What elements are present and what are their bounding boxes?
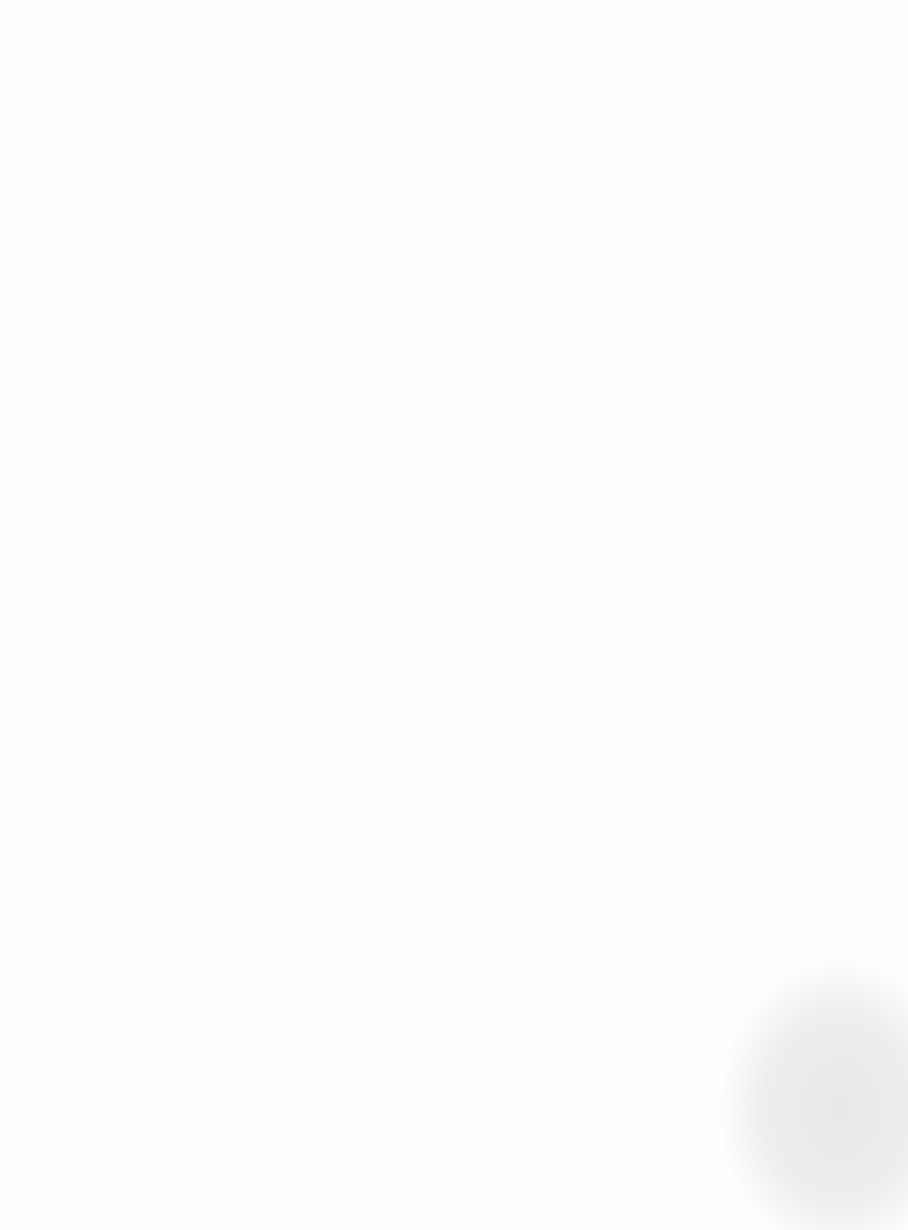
watermark (720, 960, 908, 1230)
document-page (0, 0, 908, 1230)
